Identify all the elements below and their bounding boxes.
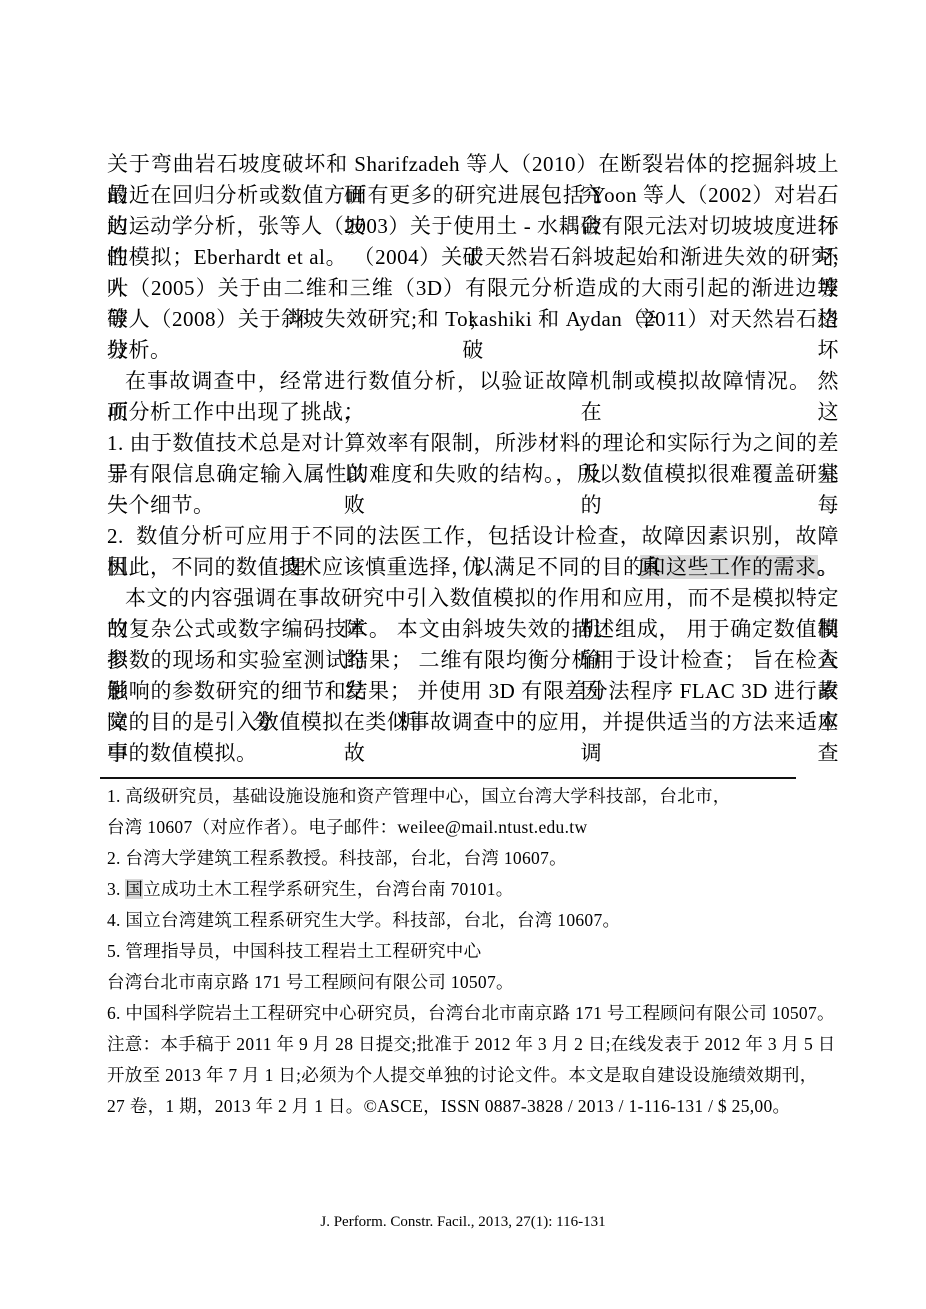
text-line: 台湾台北市南京路 171 号工程顾问有限公司 10507。 bbox=[107, 967, 867, 998]
footnotes: 1. 高级研究员，基础设施设施和资产管理中心，国立台湾大学科技部，台北市，台湾 … bbox=[107, 781, 867, 1122]
text-segment: 4. 国立台湾建筑工程系研究生大学。科技部，台北，台湾 10607。 bbox=[107, 910, 620, 930]
text-line: 3. 国立成功土木工程学系研究生，台湾台南 70101。 bbox=[107, 874, 867, 905]
text-segment: 台湾 10607（对应作者）。电子邮件：weilee@mail.ntust.ed… bbox=[107, 817, 587, 837]
text-segment: 中的数值模拟。 bbox=[107, 741, 258, 765]
text-line: 开放至 2013 年 7 月 1 日;必须为个人提交单独的讨论文件。本文是取自建… bbox=[107, 1060, 867, 1091]
text-line: 最近在回归分析或数值方面有更多的研究进展包括 Yoon 等人（2002）对岩石边… bbox=[107, 180, 839, 211]
text-segment: 项分析工作中出现了挑战： bbox=[107, 400, 365, 424]
text-segment: 6. 中国科学院岩土工程研究中心研究员，台湾台北市南京路 171 号工程顾问有限… bbox=[107, 1003, 835, 1023]
text-line: 人（2005）关于由二维和三维（3D）有限元分析造成的大雨引起的渐进边坡破坏;辛… bbox=[107, 273, 839, 304]
text-line: 的运动学分析，张等人（2003）关于使用土 - 水耦合有限元法对切坡坡度进行性破… bbox=[107, 211, 839, 242]
text-line: 1. 由于数值技术总是对计算效率有限制，所涉材料的理论和实际行为之间的差异以及基 bbox=[107, 428, 839, 459]
text-segment: 3. bbox=[107, 879, 125, 899]
text-segment: 于有限信息确定输入属性的难度和失败的结构。，所以数值模拟很难覆盖研究失败的每 bbox=[107, 462, 839, 517]
text-segment: 2. 台湾大学建筑工程系教授。科技部，台北，台湾 10607。 bbox=[107, 848, 567, 868]
text-segment: 27 卷，1 期，2013 年 2 月 1 日。©ASCE，ISSN 0887-… bbox=[107, 1096, 790, 1116]
text-line: 关于弯曲岩石坡度破坏和 Sharifzadeh 等人（2010）在断裂岩体的挖掘… bbox=[107, 149, 839, 180]
text-line: 27 卷，1 期，2013 年 2 月 1 日。©ASCE，ISSN 0887-… bbox=[107, 1091, 867, 1122]
text-segment: 1. 高级研究员，基础设施设施和资产管理中心，国立台湾大学科技部，台北市， bbox=[107, 786, 731, 806]
text-line: 本文的内容强调在事故研究中引入数值模拟的作用和应用，而不是模拟特定故障机制 bbox=[107, 583, 839, 614]
text-line: 4. 国立台湾建筑工程系研究生大学。科技部，台北，台湾 10607。 bbox=[107, 905, 867, 936]
journal-citation: J. Perform. Constr. Facil., 2013, 27(1):… bbox=[0, 1213, 926, 1231]
text-line: 于有限信息确定输入属性的难度和失败的结构。，所以数值模拟很难覆盖研究失败的每 bbox=[107, 459, 839, 490]
text-line: 台湾 10607（对应作者）。电子邮件：weilee@mail.ntust.ed… bbox=[107, 812, 867, 843]
text-segment: 立成功土木工程学系研究生，台湾台南 70101。 bbox=[143, 879, 513, 899]
text-segment: 注意：本手稿于 2011 年 9 月 28 日提交;批准于 2012 年 3 月… bbox=[107, 1034, 836, 1054]
text-segment: 一个细节。 bbox=[107, 493, 215, 517]
text-line: 2. 台湾大学建筑工程系教授。科技部，台北，台湾 10607。 bbox=[107, 843, 867, 874]
document-page: 关于弯曲岩石坡度破坏和 Sharifzadeh 等人（2010）在断裂岩体的挖掘… bbox=[0, 0, 926, 1309]
article-body: 关于弯曲岩石坡度破坏和 Sharifzadeh 等人（2010）在断裂岩体的挖掘… bbox=[107, 149, 839, 769]
text-line: 1. 高级研究员，基础设施设施和资产管理中心，国立台湾大学科技部，台北市， bbox=[107, 781, 867, 812]
text-segment: 台湾台北市南京路 171 号工程顾问有限公司 10507。 bbox=[107, 972, 514, 992]
text-line: 2. 数值分析可应用于不同的法医工作，包括设计检查，故障因素识别，故障机理仿真。 bbox=[107, 521, 839, 552]
text-line: 在事故调查中，经常进行数值分析，以验证故障机制或模拟故障情况。 然而，在这 bbox=[107, 366, 839, 397]
text-segment: 分析。 bbox=[107, 338, 172, 362]
text-line: 注意：本手稿于 2011 年 9 月 28 日提交;批准于 2012 年 3 月… bbox=[107, 1029, 867, 1060]
text-line: 5. 管理指导员，中国科技工程岩土工程研究中心 bbox=[107, 936, 867, 967]
text-line: 因此，不同的数值技术应该慎重选择，以满足不同的目的和这些工作的需求。 bbox=[107, 552, 839, 583]
text-line: 影响的参数研究的细节和结果； 并使用 3D 有限差分法程序 FLAC 3D 进行… bbox=[107, 676, 839, 707]
text-line: 等人（2008）关于斜坡失效研究;和 Tokashiki 和 Aydan（201… bbox=[107, 304, 839, 335]
footnote-divider bbox=[100, 777, 796, 779]
text-segment: 因此，不同的数值技术应该慎重选择，以满足不同的目的和这些工作的需求。 bbox=[107, 555, 838, 579]
text-line: 的复杂公式或数字编码技术。 本文由斜坡失效的描述组成， 用于确定数值模拟的输入 bbox=[107, 614, 839, 645]
text-line: 文的目的是引入数值模拟在类似事故调查中的应用，并提供适当的方法来适应事故调查 bbox=[107, 707, 839, 738]
text-segment: 5. 管理指导员，中国科技工程岩土工程研究中心 bbox=[107, 941, 481, 961]
highlighted-char: 国 bbox=[125, 879, 143, 899]
text-segment: 等人（2008）关于斜坡失效研究;和 Tokashiki 和 Aydan（201… bbox=[107, 307, 839, 362]
text-line: 的模拟；Eberhardt et al。 （2004）关于天然岩石斜坡起始和渐进… bbox=[107, 242, 839, 273]
text-line: 6. 中国科学院岩土工程研究中心研究员，台湾台北市南京路 171 号工程顾问有限… bbox=[107, 998, 867, 1029]
text-segment: 开放至 2013 年 7 月 1 日;必须为个人提交单独的讨论文件。本文是取自建… bbox=[107, 1065, 818, 1085]
text-line: 参数的现场和实验室测试结果； 二维有限均衡分析用于设计检查； 旨在检查触发因素 bbox=[107, 645, 839, 676]
